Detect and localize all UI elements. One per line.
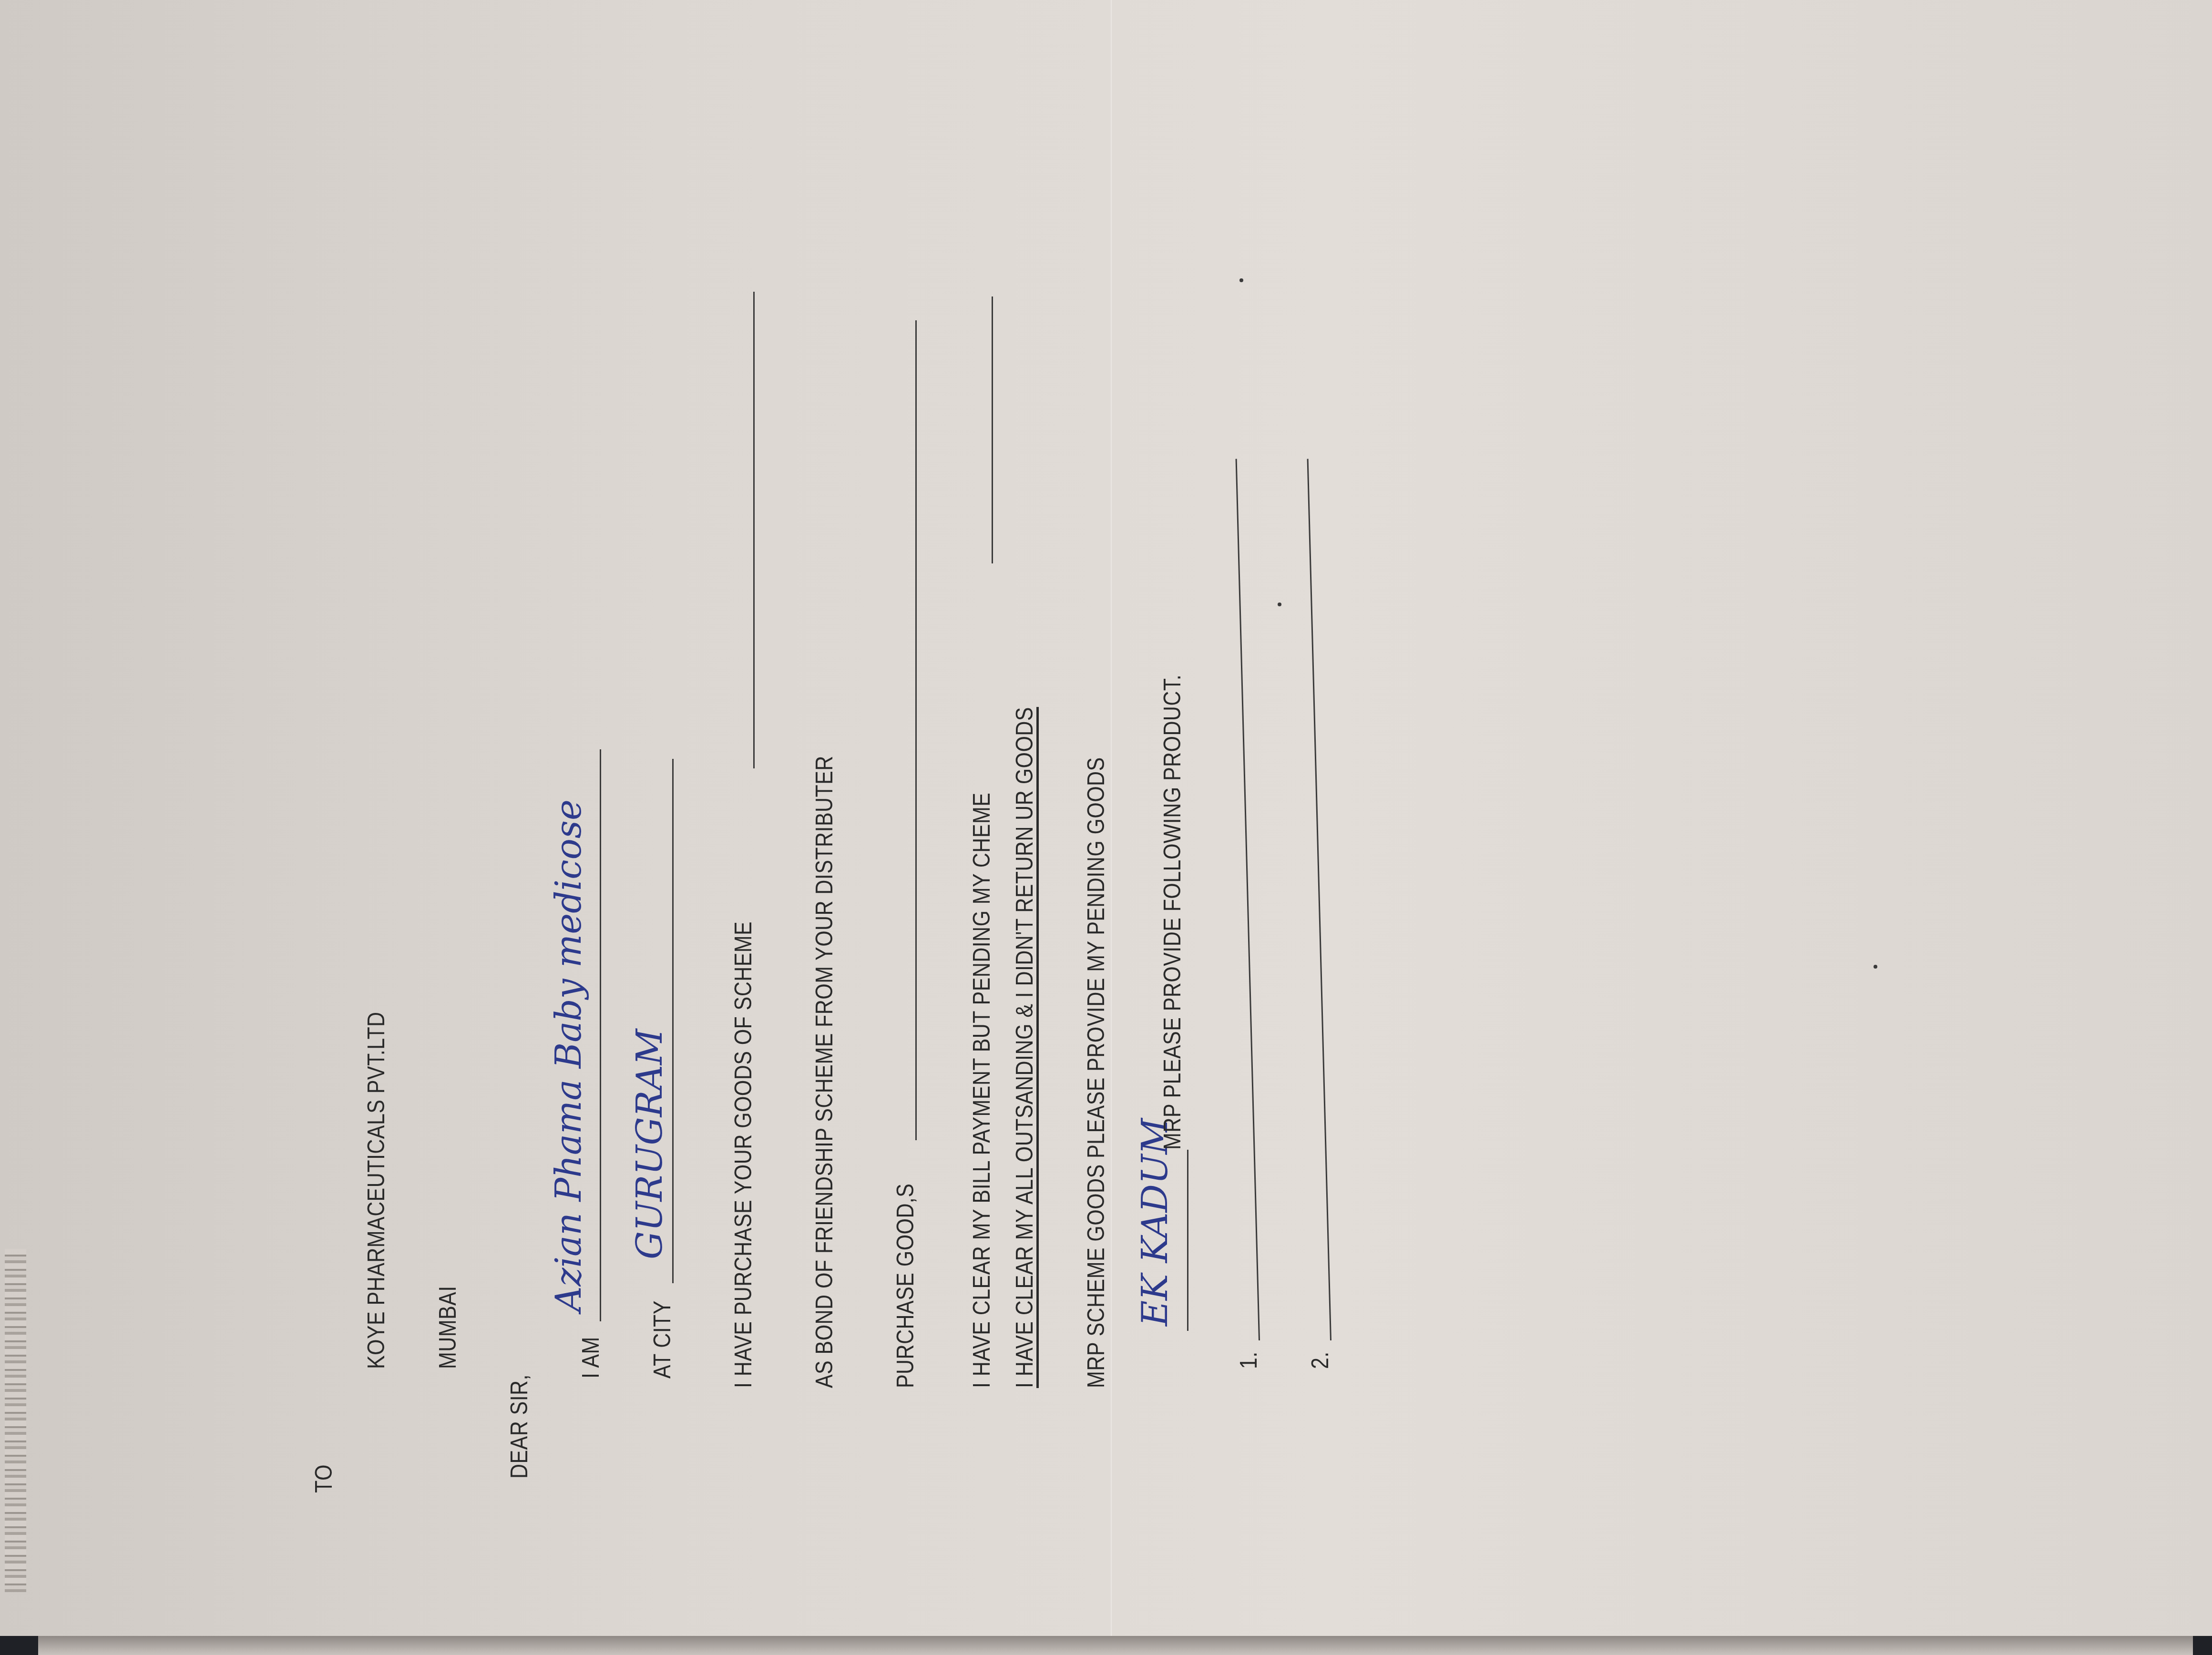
at-city-value[interactable]: GURUGRAM (629, 1029, 670, 1259)
mrp-please-line: MRP PLEASE PROVIDE FOLLOWING PRODUCT. (1158, 674, 1186, 1150)
i-am-label: I AM (577, 1337, 604, 1379)
i-am-value[interactable]: Azian Phama Baby medicose (548, 799, 589, 1312)
clear-outstanding-line: I HAVE CLEAR MY ALL OUTSANDING & I DIDN'… (1011, 707, 1038, 1388)
at-city-blank (672, 759, 674, 1283)
purchase-goods-line: PURCHASE GOOD,S (891, 1184, 919, 1388)
mrp-blank (1187, 1150, 1188, 1331)
bond-line: AS BOND OF FRIENDSHIP SCHEME FROM YOUR D… (810, 756, 838, 1388)
mrp-scheme-line: MRP SCHEME GOODS PLEASE PROVIDE MY PENDI… (1082, 757, 1110, 1388)
recipient-company: KOYE PHARMACEUTICALS PVT.LTD (362, 1011, 390, 1369)
i-am-blank (600, 749, 601, 1321)
product-item-1-label: 1. (1235, 1351, 1262, 1369)
salutation: DEAR SIR, (505, 1374, 533, 1479)
print-speck (1874, 965, 1877, 969)
at-city-label: AT CITY (648, 1300, 676, 1379)
recipient-city: MUMBAI (434, 1286, 461, 1369)
clear-bill-line: I HAVE CLEAR MY BILL PAYMENT BUT PENDING… (968, 793, 995, 1388)
recipient-prefix: TO (310, 1464, 338, 1493)
product-item-2-blank[interactable] (1307, 459, 1331, 1340)
clear-bill-blank[interactable] (992, 296, 993, 563)
print-speck (1239, 278, 1243, 282)
letter-page: TO KOYE PHARMACEUTICALS PVT.LTD MUMBAI D… (0, 0, 2212, 1655)
product-item-1-blank[interactable] (1236, 459, 1260, 1340)
purchase-scheme-line: I HAVE PURCHASE YOUR GOODS OF SCHEME (729, 921, 757, 1388)
purchase-scheme-blank[interactable] (753, 292, 755, 768)
document-photo: TO KOYE PHARMACEUTICALS PVT.LTD MUMBAI D… (0, 0, 2212, 1655)
print-speck (1278, 603, 1281, 606)
product-item-2-label: 2. (1306, 1351, 1334, 1369)
purchase-goods-blank[interactable] (915, 320, 917, 1140)
